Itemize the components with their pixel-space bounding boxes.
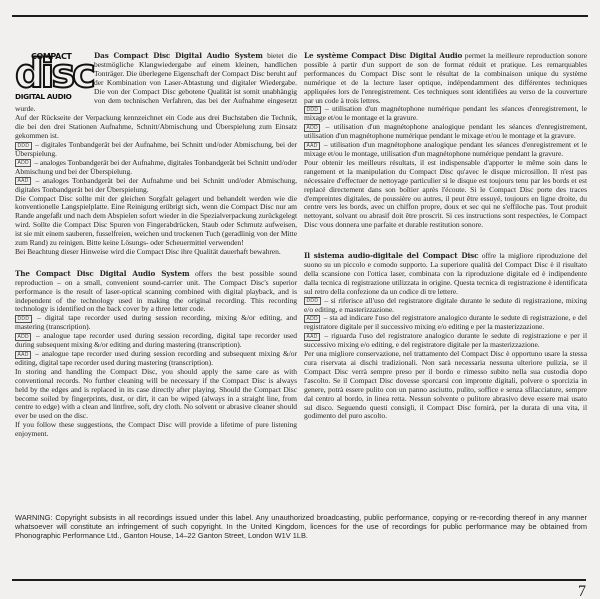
german-title: Das Compact Disc Digital Audio System	[94, 51, 263, 60]
english-aad: AAD – analogue tape recorder used during…	[15, 350, 297, 368]
italian-care: Per una migliore conservazione, nel trat…	[304, 350, 587, 421]
english-care: In storing and handling the Compact Disc…	[15, 368, 297, 421]
french-title: Le système Compact Disc Digital Audio	[304, 51, 462, 60]
english-intro: The Compact Disc Digital Audio System of…	[15, 270, 297, 315]
english-closing: If you follow these suggestions, the Com…	[15, 421, 297, 439]
page-number: 7	[578, 584, 586, 599]
english-add: ADD – analogue tape recorder used during…	[15, 332, 297, 350]
bottom-rule	[12, 579, 586, 581]
german-section: COMPACT disc DIGITAL AUDIO Das Compact D…	[15, 52, 297, 257]
logo-disc-text: disc	[15, 56, 93, 92]
right-column: Le système Compact Disc Digital Audio pe…	[304, 52, 587, 421]
french-section: Le système Compact Disc Digital Audio pe…	[304, 52, 587, 230]
french-add: ADD – utilisation d'un magnétophone anal…	[304, 123, 587, 141]
english-ddd: DDD – digital tape recorder used during …	[15, 314, 297, 332]
top-rule	[12, 15, 588, 17]
german-add: ADD – analoges Tonbandgerät bei der Aufn…	[15, 159, 297, 177]
english-section: The Compact Disc Digital Audio System of…	[15, 270, 297, 439]
german-ddd: DDD – digitales Tonbandgerät bei der Auf…	[15, 141, 297, 159]
french-care: Pour obtenir les meilleurs résultats, il…	[304, 159, 587, 230]
italian-aad: AAD – riguarda l'uso del registratore an…	[304, 332, 587, 350]
english-title: The Compact Disc Digital Audio System	[15, 269, 190, 278]
italian-title: Il sistema audio-digitale del Compact Di…	[304, 251, 478, 260]
italian-add: ADD – sta ad indicare l'uso del registra…	[304, 314, 587, 332]
french-intro: Le système Compact Disc Digital Audio pe…	[304, 52, 587, 105]
compact-disc-digital-audio-logo: COMPACT disc DIGITAL AUDIO	[15, 53, 88, 101]
italian-intro: Il sistema audio-digitale del Compact Di…	[304, 252, 587, 297]
french-aad: AAD – utilisation d'un magnétophone anal…	[304, 141, 587, 159]
german-aad: AAD – analoges Tonbandgerät bei der Aufn…	[15, 177, 297, 195]
german-code-intro: Auf der Rückseite der Verpackung kennzei…	[15, 114, 297, 141]
italian-ddd: DDD – si riferisce all'uso del registrat…	[304, 297, 587, 315]
copyright-warning: WARNING: Copyright subsists in all recor…	[15, 514, 587, 541]
logo-digital-audio-text: DIGITAL AUDIO	[15, 93, 72, 101]
italian-section: Il sistema audio-digitale del Compact Di…	[304, 252, 587, 421]
german-care: Die Compact Disc sollte mit der gleichen…	[15, 195, 297, 248]
german-closing: Bei Beachtung dieser Hinweise wird die C…	[15, 248, 297, 257]
french-ddd: DDD – utilisation d'un magnétophone numé…	[304, 105, 587, 123]
left-column: COMPACT disc DIGITAL AUDIO Das Compact D…	[15, 52, 297, 439]
